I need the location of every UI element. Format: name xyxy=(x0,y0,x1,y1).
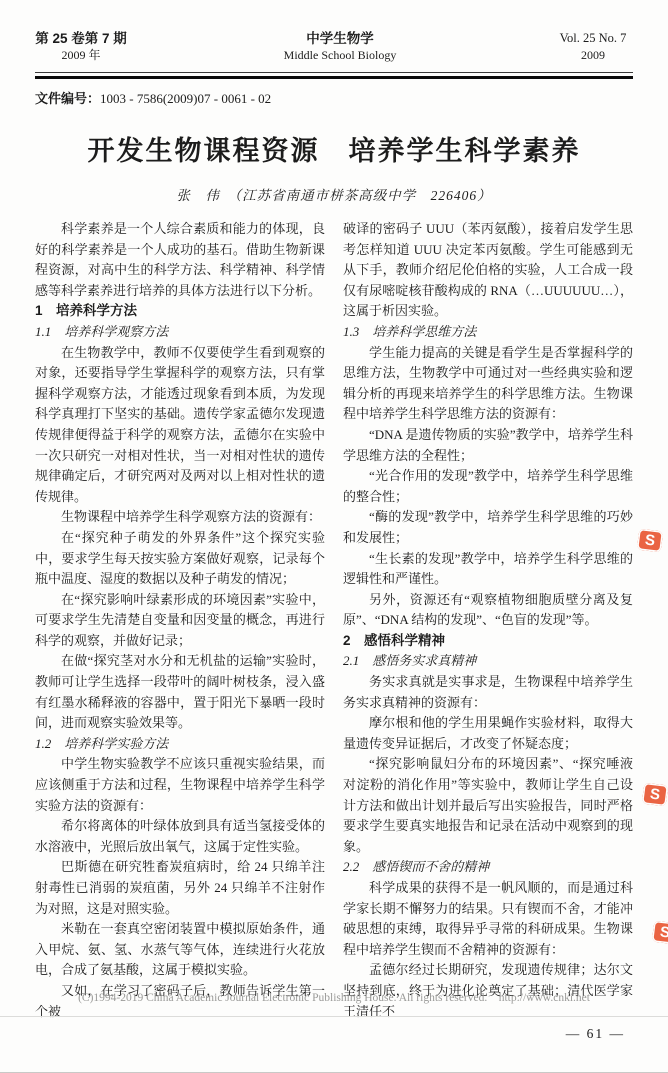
document-id-label: 文件编号： xyxy=(35,91,100,106)
paragraph: 科学素养是一个人综合素质和能力的体现，良好的科学素养是一个人成功的基石。借助生物… xyxy=(35,219,325,301)
subsection-heading: 1.2 培养科学实验方法 xyxy=(35,734,325,755)
paragraph: 在做“探究茎对水分和无机盐的运输”实验时，教师可让学生选择一段带叶的阔叶树枝条，… xyxy=(35,651,325,733)
red-stamp-icon: S xyxy=(637,529,663,553)
paragraph: “DNA 是遗传物质的实验”教学中，培养学生科学思维方法的全程性； xyxy=(343,425,633,466)
page-title: 开发生物课程资源 培养学生科学素养 xyxy=(35,129,633,168)
journal-header: 第 25 卷第 7 期 2009 年 中学生物学 Middle School B… xyxy=(35,30,633,64)
subsection-heading: 2.2 感悟锲而不舍的精神 xyxy=(343,857,633,878)
journal-page: 第 25 卷第 7 期 2009 年 中学生物学 Middle School B… xyxy=(0,0,668,1073)
paragraph: “光合作用的发现”教学中，培养学生科学思维的整合性； xyxy=(343,466,633,507)
paragraph: 米勒在一套真空密闭装置中模拟原始条件，通入甲烷、氨、氢、水蒸气等气体，连续进行火… xyxy=(35,919,325,981)
left-column: 科学素养是一个人综合素质和能力的体现，良好的科学素养是一个人成功的基石。借助生物… xyxy=(35,219,325,1045)
footer-divider xyxy=(0,1016,668,1017)
volume-issue: 第 25 卷第 7 期 xyxy=(35,30,127,47)
paragraph: 务实求真就是实事求是，生物课程中培养学生务实求真精神的资源有： xyxy=(343,672,633,713)
header-double-rule xyxy=(35,72,633,79)
year-left: 2009 年 xyxy=(35,47,127,64)
paragraph: 在生物教学中，教师不仅要使学生看到观察的对象，还要指导学生掌握科学的观察方法，只… xyxy=(35,343,325,508)
author-line: 张 伟 （江苏省南通市栟茶高级中学 226406） xyxy=(35,184,633,204)
paragraph: “酶的发现”教学中，培养学生科学思维的巧妙和发展性； xyxy=(343,507,633,548)
red-stamp-icon: S xyxy=(642,783,668,807)
paragraph: 生物课程中培养学生科学观察方法的资源有： xyxy=(35,507,325,528)
header-right: Vol. 25 No. 7 2009 xyxy=(553,30,633,64)
document-id-line: 文件编号：1003 - 7586(2009)07 - 0061 - 02 xyxy=(35,88,633,107)
paragraph: 科学成果的获得不是一帆风顺的，而是通过科学家长期不懈努力的结果。只有锲而不舍，才… xyxy=(343,878,633,960)
copyright-footer: (C)1994-2019 China Academic Journal Elec… xyxy=(0,992,668,1004)
red-stamp-icon: S xyxy=(652,921,668,945)
header-center: 中学生物学 Middle School Biology xyxy=(284,30,397,64)
page-number: — 61 — xyxy=(343,1024,633,1045)
document-id-value: 1003 - 7586(2009)07 - 0061 - 02 xyxy=(100,91,271,106)
paragraph: 巴斯德在研究牲畜炭疽病时，给 24 只绵羊注射毒性已消弱的炭疽菌，另外 24 只… xyxy=(35,857,325,919)
right-column: 破译的密码子 UUU（苯丙氨酸），接着启发学生思考怎样知道 UUU 决定苯丙氨酸… xyxy=(343,219,633,1045)
paragraph: “探究影响鼠妇分布的环境因素”、“探究唾液对淀粉的消化作用”等实验中，教师让学生… xyxy=(343,754,633,857)
paragraph: 摩尔根和他的学生用果蝇作实验材料，取得大量遗传变异证据后，才改变了怀疑态度； xyxy=(343,713,633,754)
paragraph-continuation: 破译的密码子 UUU（苯丙氨酸），接着启发学生思考怎样知道 UUU 决定苯丙氨酸… xyxy=(343,219,633,322)
subsection-heading: 2.1 感悟务实求真精神 xyxy=(343,651,633,672)
journal-name-en: Middle School Biology xyxy=(284,47,397,64)
vol-no: Vol. 25 No. 7 xyxy=(553,30,633,47)
header-left: 第 25 卷第 7 期 2009 年 xyxy=(35,30,127,64)
paragraph: 希尔将离体的叶绿体放到具有适当氢接受体的水溶液中，光照后放出氧气，这属于定性实验… xyxy=(35,816,325,857)
paragraph: 学生能力提高的关键是看学生是否掌握科学的思维方法，生物教学中可通过对一些经典实验… xyxy=(343,343,633,425)
paragraph: 另外，资源还有“观察植物细胞质壁分离及复原”、“DNA 结构的发现”、“色盲的发… xyxy=(343,590,633,631)
paragraph: 在“探究影响叶绿素形成的环境因素”实验中，可要求学生先清楚自变量和因变量的概念，… xyxy=(35,590,325,652)
journal-name-cn: 中学生物学 xyxy=(284,30,397,47)
article-body: 科学素养是一个人综合素质和能力的体现，良好的科学素养是一个人成功的基石。借助生物… xyxy=(35,219,633,1045)
year-right: 2009 xyxy=(553,47,633,64)
paragraph: “生长素的发现”教学中，培养学生科学思维的逻辑性和严谨性。 xyxy=(343,549,633,590)
subsection-heading: 1.1 培养科学观察方法 xyxy=(35,322,325,343)
paragraph: 中学生物实验教学不应该只重视实验结果，而应该侧重于方法和过程，生物课程中培养学生… xyxy=(35,754,325,816)
paragraph: 在“探究种子萌发的外界条件”这个探究实验中，要求学生每天按实验方案做好观察，记录… xyxy=(35,528,325,590)
section-heading: 2 感悟科学精神 xyxy=(343,631,633,652)
section-heading: 1 培养科学方法 xyxy=(35,301,325,322)
subsection-heading: 1.3 培养科学思维方法 xyxy=(343,322,633,343)
